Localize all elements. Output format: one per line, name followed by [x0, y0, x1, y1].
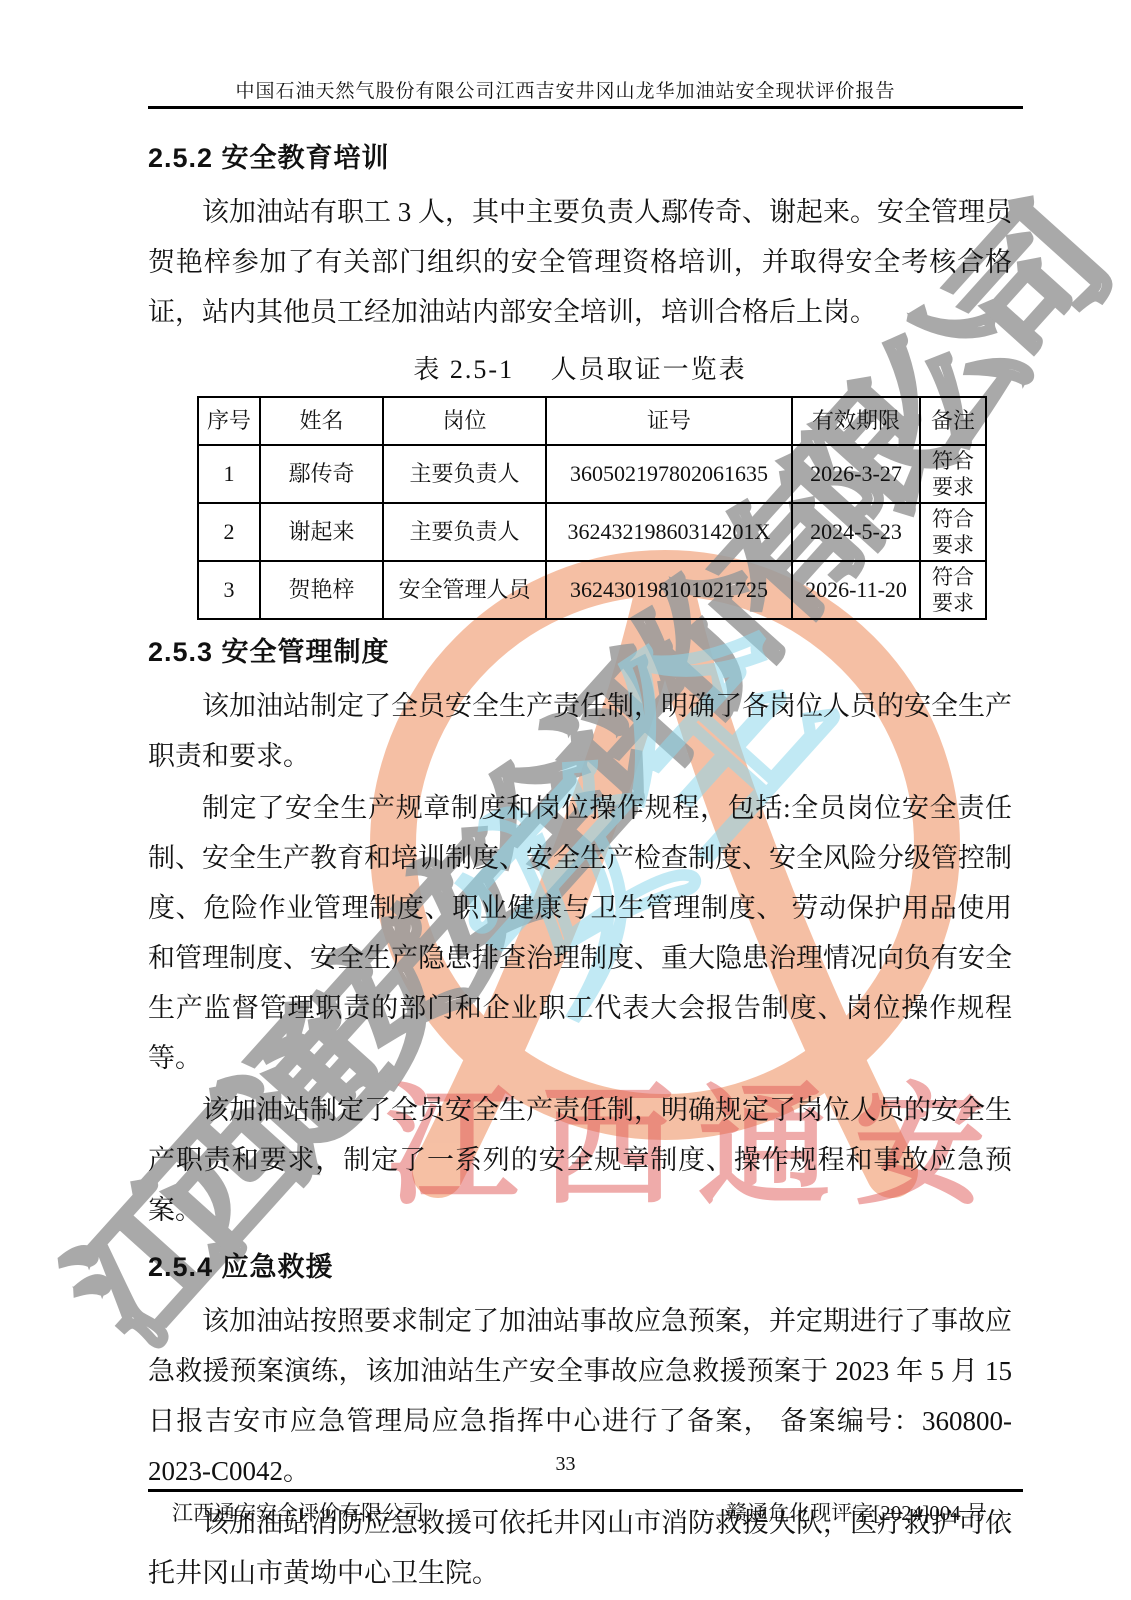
paragraph: 该加油站有职工 3 人，其中主要负责人鄢传奇、谢起来。安全管理员贺艳梓参加了有关…	[148, 187, 1012, 337]
col-header-remark: 备注	[920, 397, 986, 445]
page-content: 中国石油天然气股份有限公司江西吉安井冈山龙华加油站安全现状评价报告 2.5.2 …	[0, 0, 1131, 1600]
cell-index: 3	[198, 561, 260, 619]
cell-cert-no: 360502197802061635	[546, 445, 792, 503]
page-number: 33	[0, 1453, 1131, 1476]
section-heading-2-5-2: 2.5.2 安全教育培训	[148, 136, 1012, 175]
cell-cert-no: 362430198101021725	[546, 561, 792, 619]
paragraph: 该加油站制定了全员安全生产责任制，明确规定了岗位人员的安全生产职责和要求，制定了…	[148, 1085, 1012, 1235]
cell-index: 1	[198, 445, 260, 503]
table-header-row: 序号 姓名 岗位 证号 有效期限 备注	[198, 397, 986, 445]
cell-position: 主要负责人	[383, 503, 546, 561]
cell-cert-no: 36243219860314201X	[546, 503, 792, 561]
footer-document-number: 赣通危化现评字[2024]004 号	[726, 1497, 1023, 1527]
cell-name: 贺艳梓	[260, 561, 383, 619]
cell-remark: 符合要求	[920, 561, 986, 619]
table-row: 1 鄢传奇 主要负责人 360502197802061635 2026-3-27…	[198, 445, 986, 503]
document-page: 江西通安安全评价有限公司 安全 江西通安 中国石油天然气股份有限公司江西吉安井冈…	[0, 0, 1131, 1600]
col-header-name: 姓名	[260, 397, 383, 445]
cell-position: 主要负责人	[383, 445, 546, 503]
section-heading-2-5-4: 2.5.4 应急救援	[148, 1245, 1012, 1284]
cell-name: 谢起来	[260, 503, 383, 561]
col-header-cert-no: 证号	[546, 397, 792, 445]
cell-name: 鄢传奇	[260, 445, 383, 503]
col-header-index: 序号	[198, 397, 260, 445]
cell-validity: 2026-11-20	[792, 561, 920, 619]
certificate-table: 序号 姓名 岗位 证号 有效期限 备注 1 鄢传奇 主要负责人 36050219…	[197, 396, 987, 620]
cell-remark: 符合要求	[920, 445, 986, 503]
section-heading-2-5-3: 2.5.3 安全管理制度	[148, 630, 1012, 669]
cell-validity: 2026-3-27	[792, 445, 920, 503]
main-text-area: 2.5.2 安全教育培训 该加油站有职工 3 人，其中主要负责人鄢传奇、谢起来。…	[148, 126, 1012, 1600]
cell-index: 2	[198, 503, 260, 561]
report-header-title: 中国石油天然气股份有限公司江西吉安井冈山龙华加油站安全现状评价报告	[0, 76, 1131, 103]
col-header-position: 岗位	[383, 397, 546, 445]
footer-company-name: 江西通安安全评价有限公司	[148, 1497, 424, 1527]
cell-position: 安全管理人员	[383, 561, 546, 619]
header-rule	[148, 106, 1023, 109]
cell-validity: 2024-5-23	[792, 503, 920, 561]
footer-rule	[148, 1489, 1023, 1492]
footer: 江西通安安全评价有限公司 赣通危化现评字[2024]004 号	[148, 1497, 1023, 1527]
cell-remark: 符合要求	[920, 503, 986, 561]
paragraph: 制定了安全生产规章制度和岗位操作规程，包括:全员岗位安全责任制、安全生产教育和培…	[148, 783, 1012, 1083]
table-row: 2 谢起来 主要负责人 36243219860314201X 2024-5-23…	[198, 503, 986, 561]
col-header-validity: 有效期限	[792, 397, 920, 445]
paragraph: 该加油站制定了全员安全生产责任制，明确了各岗位人员的安全生产职责和要求。	[148, 681, 1012, 781]
table-row: 3 贺艳梓 安全管理人员 362430198101021725 2026-11-…	[198, 561, 986, 619]
table-title: 表 2.5-1 人员取证一览表	[148, 349, 1012, 386]
